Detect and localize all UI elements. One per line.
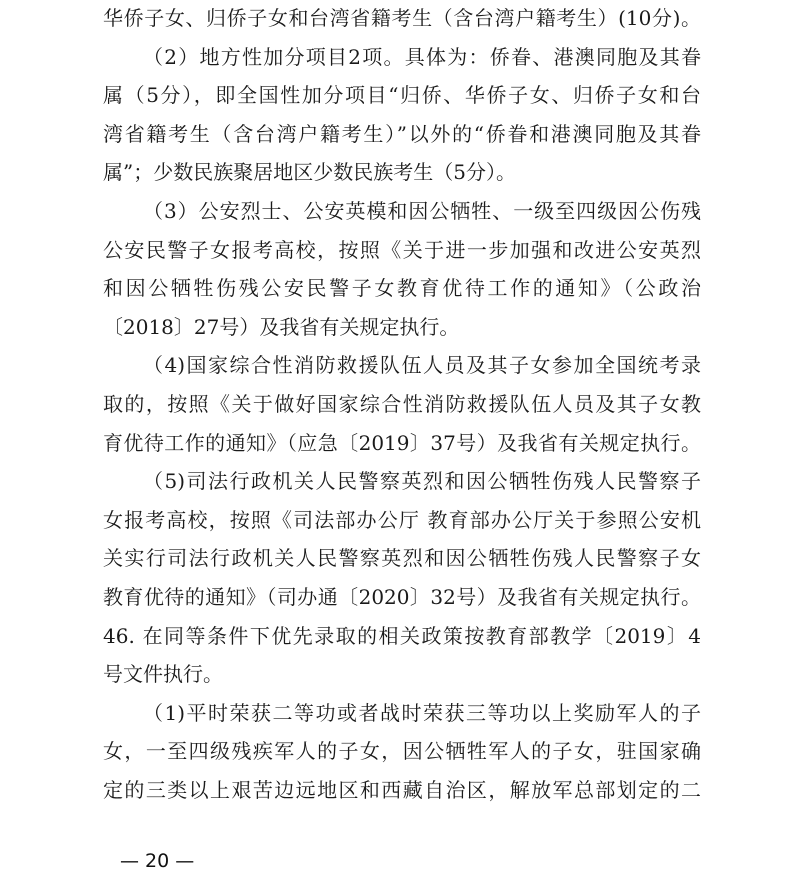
text-line: 女报考高校，按照《司法部办公厅 教育部办公厅关于参照公安机 <box>103 505 701 535</box>
text-line: 华侨子女、归侨子女和台湾省籍考生（含台湾户籍考生）(10分)。 <box>103 3 701 33</box>
text-line: （4)国家综合性消防救援队伍人员及其子女参加全国统考录 <box>143 350 701 380</box>
text-line: 女，一至四级残疾军人的子女，因公牺牲军人的子女，驻国家确 <box>103 736 701 766</box>
text-line: 和因公牺牲伤残公安民警子女教育优待工作的通知》（公政治 <box>103 273 701 303</box>
text-line: 属”；少数民族聚居地区少数民族考生（5分）。 <box>103 157 701 187</box>
text-line: 湾省籍考生（含台湾户籍考生）”以外的“侨眷和港澳同胞及其眷 <box>103 119 701 149</box>
text-line: 〔2018〕27号）及我省有关规定执行。 <box>103 312 701 342</box>
text-line: 关实行司法行政机关人民警察英烈和因公牺牲伤残人民警察子女 <box>103 543 701 573</box>
text-line: 取的，按照《关于做好国家综合性消防救援队伍人员及其子女教 <box>103 389 701 419</box>
text-line: 定的三类以上艰苦边远地区和西藏自治区，解放军总部划定的二 <box>103 775 701 805</box>
text-line: 育优待工作的通知》（应急〔2019〕37号）及我省有关规定执行。 <box>103 428 701 458</box>
text-line: 教育优待的通知》（司办通〔2020〕32号）及我省有关规定执行。 <box>103 582 701 612</box>
text-line: （2）地方性加分项目2项。具体为：侨眷、港澳同胞及其眷 <box>143 42 701 72</box>
text-line: （1)平时荣获二等功或者战时荣获三等功以上奖励军人的子 <box>143 698 701 728</box>
text-line: 属（5分），即全国性加分项目“归侨、华侨子女、归侨子女和台 <box>103 80 701 110</box>
text-line: 公安民警子女报考高校，按照《关于进一步加强和改进公安英烈 <box>103 235 701 265</box>
text-line: 46. 在同等条件下优先录取的相关政策按教育部教学〔2019〕4 <box>103 621 701 651</box>
document-page: 华侨子女、归侨子女和台湾省籍考生（含台湾户籍考生）(10分)。 （2）地方性加分… <box>0 0 800 877</box>
text-line: （5)司法行政机关人民警察英烈和因公牺牲伤残人民警察子 <box>143 466 701 496</box>
text-line: 号文件执行。 <box>103 659 701 689</box>
page-number: — 20 — <box>120 850 194 872</box>
text-line: （3）公安烈士、公安英模和因公牺牲、一级至四级因公伤残 <box>143 196 701 226</box>
